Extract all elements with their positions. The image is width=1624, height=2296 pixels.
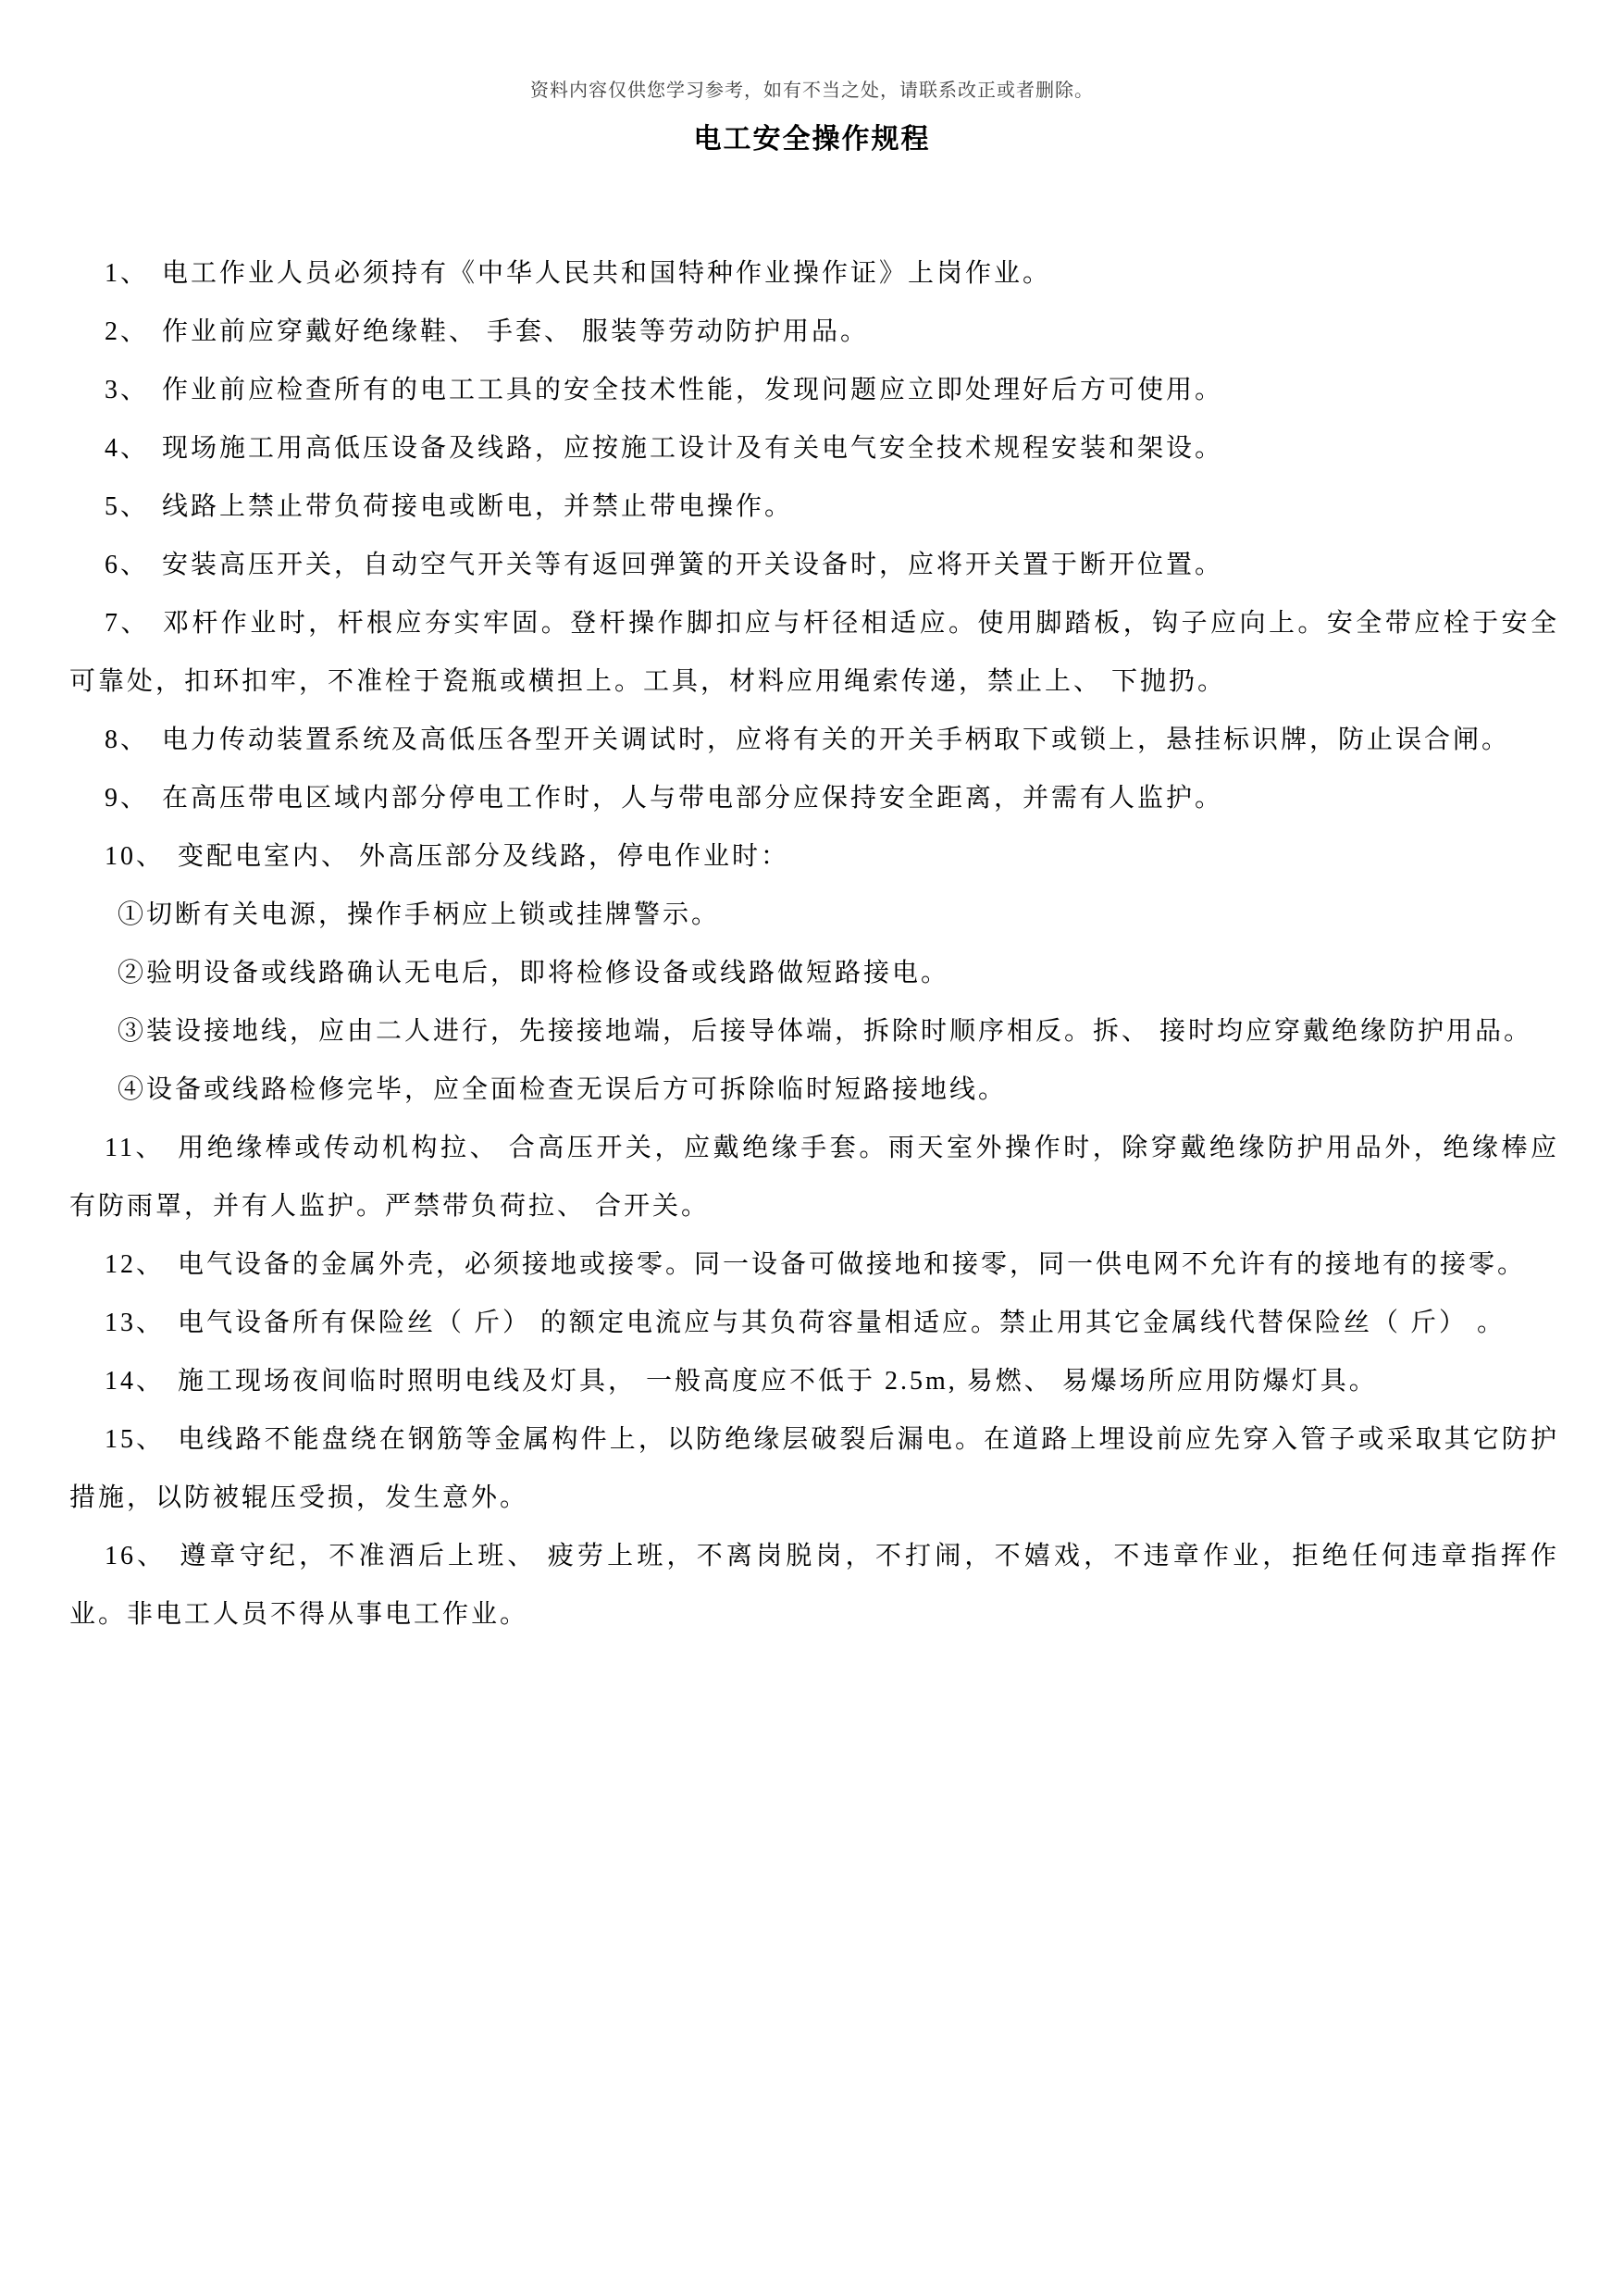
list-subitem: ④设备或线路检修完毕，应全面检查无误后方可拆除临时短路接地线。 (69, 1061, 1559, 1119)
item-text: 邓杆作业时，杆根应夯实牢固。登杆操作脚扣应与杆径相适应。使用脚踏板，钩子应向上。… (69, 609, 1559, 696)
rules-list: 1、电工作业人员必须持有《中华人民共和国特种作业操作证》上岗作业。 2、作业前应… (69, 244, 1559, 1644)
list-item: 9、在高压带电区域内部分停电工作时，人与带电部分应保持安全距离，并需有人监护。 (69, 769, 1559, 827)
item-number: 6、 (105, 551, 149, 579)
document-page: 资料内容仅供您学习参考，如有不当之处，请联系改正或者删除。 电工安全操作规程 1… (0, 0, 1624, 2296)
item-text: 作业前应穿戴好绝缘鞋、 手套、 服装等劳动防护用品。 (162, 317, 869, 346)
list-subitem: ②验明设备或线路确认无电后，即将检修设备或线路做短路接电。 (69, 944, 1559, 1002)
item-number: 13、 (105, 1309, 165, 1337)
item-text: 线路上禁止带负荷接电或断电，并禁止带电操作。 (162, 492, 793, 521)
list-item: 7、邓杆作业时，杆根应夯实牢固。登杆操作脚扣应与杆径相适应。使用脚踏板，钩子应向… (69, 594, 1559, 711)
item-text: ③装设接地线，应由二人进行，先接接地端，后接导体端，拆除时顺序相反。拆、 接时均… (118, 1017, 1532, 1046)
item-text: 用绝缘棒或传动机构拉、 合高压开关，应戴绝缘手套。雨天室外操作时，除穿戴绝缘防护… (69, 1134, 1559, 1221)
list-item: 11、用绝缘棒或传动机构拉、 合高压开关，应戴绝缘手套。雨天室外操作时，除穿戴绝… (69, 1119, 1559, 1235)
list-item: 1、电工作业人员必须持有《中华人民共和国特种作业操作证》上岗作业。 (69, 244, 1559, 303)
item-number: 2、 (105, 317, 149, 346)
item-text: 电力传动装置系统及高低压各型开关调试时，应将有关的开关手柄取下或锁上，悬挂标识牌… (162, 726, 1510, 754)
item-text: ①切断有关电源，操作手柄应上锁或挂牌警示。 (118, 900, 720, 929)
list-item: 8、电力传动装置系统及高低压各型开关调试时，应将有关的开关手柄取下或锁上，悬挂标… (69, 711, 1559, 769)
item-number: 16、 (105, 1542, 167, 1570)
list-item: 2、作业前应穿戴好绝缘鞋、 手套、 服装等劳动防护用品。 (69, 303, 1559, 361)
list-item: 13、电气设备所有保险丝（ 斤） 的额定电流应与其负荷容量相适应。禁止用其它金属… (69, 1294, 1559, 1352)
item-text: 遵章守纪，不准酒后上班、 疲劳上班，不离岗脱岗，不打闹，不嬉戏，不违章作业，拒绝… (69, 1542, 1559, 1629)
list-item: 16、遵章守纪，不准酒后上班、 疲劳上班，不离岗脱岗，不打闹，不嬉戏，不违章作业… (69, 1527, 1559, 1644)
item-text: 变配电室内、 外高压部分及线路，停电作业时： (178, 842, 789, 871)
item-number: 12、 (105, 1250, 165, 1279)
list-item: 5、线路上禁止带负荷接电或断电，并禁止带电操作。 (69, 478, 1559, 536)
item-number: 7、 (105, 609, 150, 638)
item-number: 1、 (105, 259, 149, 288)
list-subitem: ③装设接地线，应由二人进行，先接接地端，后接导体端，拆除时顺序相反。拆、 接时均… (69, 1002, 1559, 1061)
list-item: 3、作业前应检查所有的电工工具的安全技术性能，发现问题应立即处理好后方可使用。 (69, 361, 1559, 419)
item-text: 安装高压开关，自动空气开关等有返回弹簧的开关设备时，应将开关置于断开位置。 (162, 551, 1223, 579)
item-number: 5、 (105, 492, 149, 521)
list-subitem: ①切断有关电源，操作手柄应上锁或挂牌警示。 (69, 886, 1559, 944)
list-item: 10、变配电室内、 外高压部分及线路，停电作业时： (69, 827, 1559, 886)
list-item: 4、现场施工用高低压设备及线路，应按施工设计及有关电气安全技术规程安装和架设。 (69, 419, 1559, 478)
list-item: 12、电气设备的金属外壳，必须接地或接零。同一设备可做接地和接零，同一供电网不允… (69, 1235, 1559, 1294)
item-text: 在高压带电区域内部分停电工作时，人与带电部分应保持安全距离，并需有人监护。 (162, 784, 1223, 813)
item-text: 作业前应检查所有的电工工具的安全技术性能，发现问题应立即处理好后方可使用。 (162, 376, 1223, 404)
item-number: 10、 (105, 842, 165, 871)
item-text: 施工现场夜间临时照明电线及灯具， 一般高度应不低于 2.5m, 易燃、 易爆场所… (178, 1367, 1378, 1396)
list-item: 14、施工现场夜间临时照明电线及灯具， 一般高度应不低于 2.5m, 易燃、 易… (69, 1352, 1559, 1410)
item-text: ④设备或线路检修完毕，应全面检查无误后方可拆除临时短路接地线。 (118, 1075, 1007, 1104)
item-text: 现场施工用高低压设备及线路，应按施工设计及有关电气安全技术规程安装和架设。 (162, 434, 1223, 463)
item-text: 电线路不能盘绕在钢筋等金属构件上，以防绝缘层破裂后漏电。在道路上埋设前应先穿入管… (69, 1425, 1559, 1512)
item-text: 电气设备的金属外壳，必须接地或接零。同一设备可做接地和接零，同一供电网不允许有的… (178, 1250, 1526, 1279)
item-text: 电工作业人员必须持有《中华人民共和国特种作业操作证》上岗作业。 (162, 259, 1051, 288)
item-number: 14、 (105, 1367, 165, 1396)
item-number: 15、 (105, 1425, 165, 1454)
page-title: 电工安全操作规程 (0, 122, 1624, 157)
item-number: 3、 (105, 376, 149, 404)
disclaimer-text: 资料内容仅供您学习参考，如有不当之处，请联系改正或者删除。 (0, 0, 1624, 102)
list-item: 15、电线路不能盘绕在钢筋等金属构件上，以防绝缘层破裂后漏电。在道路上埋设前应先… (69, 1410, 1559, 1527)
item-number: 4、 (105, 434, 149, 463)
item-number: 9、 (105, 784, 149, 813)
item-text: ②验明设备或线路确认无电后，即将检修设备或线路做短路接电。 (118, 959, 949, 987)
list-item: 6、安装高压开关，自动空气开关等有返回弹簧的开关设备时，应将开关置于断开位置。 (69, 536, 1559, 594)
item-number: 11、 (105, 1134, 165, 1162)
item-number: 8、 (105, 726, 149, 754)
item-text: 电气设备所有保险丝（ 斤） 的额定电流应与其负荷容量相适应。禁止用其它金属线代替… (178, 1309, 1506, 1337)
